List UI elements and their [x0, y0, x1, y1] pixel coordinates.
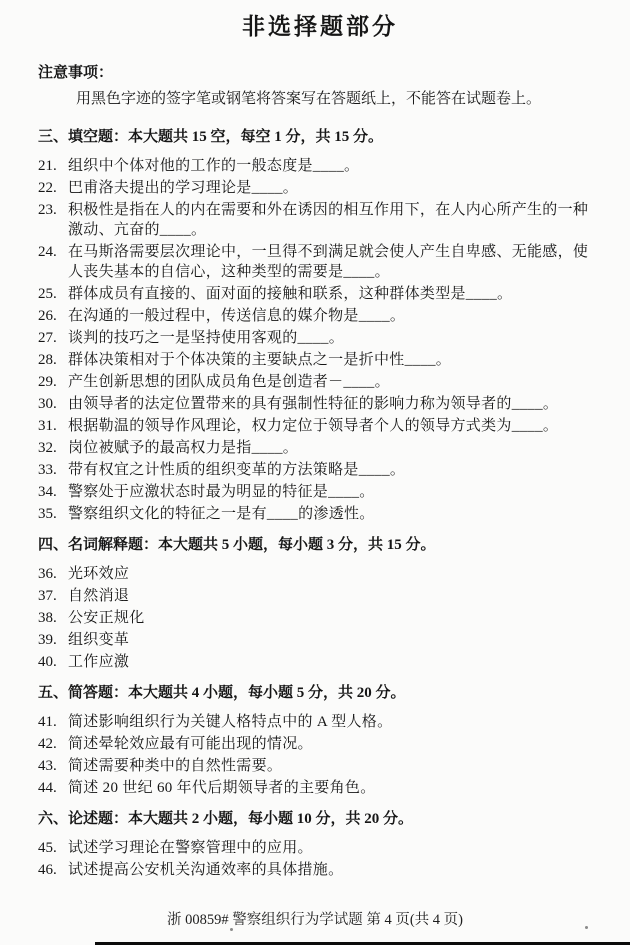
question-27: 27. 谈判的技巧之一是坚持使用客观的____。 — [38, 328, 602, 348]
question-number: 37. — [38, 586, 68, 606]
question-44: 44. 简述 20 世纪 60 年代后期领导者的主要角色。 — [38, 778, 602, 798]
question-text: 组织中个体对他的工作的一般态度是____。 — [68, 156, 602, 176]
scan-speck — [585, 926, 588, 929]
question-text: 简述影响组织行为关键人格特点中的 A 型人格。 — [68, 712, 602, 732]
question-number: 38. — [38, 608, 68, 628]
question-text: 带有权宜之计性质的组织变革的方法策略是____。 — [68, 460, 602, 480]
notice-body: 用黑色字迹的签字笔或钢笔将答案写在答题纸上，不能答在试题卷上。 — [38, 88, 602, 110]
question-text: 积极性是指在人的内在需要和外在诱因的相互作用下，在人内心所产生的一种激动、亢奋的… — [68, 200, 602, 240]
question-25: 25. 群体成员有直接的、面对面的接触和联系，这种群体类型是____。 — [38, 284, 602, 304]
question-text: 光环效应 — [68, 564, 602, 584]
question-text: 简述晕轮效应最有可能出现的情况。 — [68, 734, 602, 754]
question-number: 31. — [38, 416, 68, 436]
question-29: 29. 产生创新思想的团队成员角色是创造者－____。 — [38, 372, 602, 392]
question-21: 21. 组织中个体对他的工作的一般态度是____。 — [38, 156, 602, 176]
question-number: 23. — [38, 200, 68, 240]
question-40: 40. 工作应激 — [38, 652, 602, 672]
page-footer: 浙 00859# 警察组织行为学试题 第 4 页(共 4 页) — [0, 908, 630, 929]
question-43: 43. 简述需要种类中的自然性需要。 — [38, 756, 602, 776]
question-39: 39. 组织变革 — [38, 630, 602, 650]
question-33: 33. 带有权宜之计性质的组织变革的方法策略是____。 — [38, 460, 602, 480]
question-46: 46. 试述提高公安机关沟通效率的具体措施。 — [38, 860, 602, 880]
question-number: 34. — [38, 482, 68, 502]
question-number: 25. — [38, 284, 68, 304]
question-text: 组织变革 — [68, 630, 602, 650]
question-text: 简述 20 世纪 60 年代后期领导者的主要角色。 — [68, 778, 602, 798]
question-number: 40. — [38, 652, 68, 672]
question-text: 试述学习理论在警察管理中的应用。 — [68, 838, 602, 858]
question-number: 24. — [38, 242, 68, 282]
question-31: 31. 根据勒温的领导作风理论，权力定位于领导者个人的领导方式类为____。 — [38, 416, 602, 436]
question-number: 29. — [38, 372, 68, 392]
question-26: 26. 在沟通的一般过程中，传送信息的媒介物是____。 — [38, 306, 602, 326]
question-text: 公安正规化 — [68, 608, 602, 628]
question-23: 23. 积极性是指在人的内在需要和外在诱因的相互作用下，在人内心所产生的一种激动… — [38, 200, 602, 240]
question-number: 36. — [38, 564, 68, 584]
question-text: 群体成员有直接的、面对面的接触和联系，这种群体类型是____。 — [68, 284, 602, 304]
question-30: 30. 由领导者的法定位置带来的具有强制性特征的影响力称为领导者的____。 — [38, 394, 602, 414]
question-text: 试述提高公安机关沟通效率的具体措施。 — [68, 860, 602, 880]
question-number: 45. — [38, 838, 68, 858]
question-45: 45. 试述学习理论在警察管理中的应用。 — [38, 838, 602, 858]
question-number: 26. — [38, 306, 68, 326]
question-text: 工作应激 — [68, 652, 602, 672]
question-text: 由领导者的法定位置带来的具有强制性特征的影响力称为领导者的____。 — [68, 394, 602, 414]
section-heading-essay: 六、论述题：本大题共 2 小题，每小题 10 分，共 20 分。 — [38, 808, 602, 830]
question-text: 自然消退 — [68, 586, 602, 606]
question-number: 41. — [38, 712, 68, 732]
notice-heading: 注意事项： — [38, 62, 602, 84]
section-heading-short-answer: 五、简答题：本大题共 4 小题，每小题 5 分，共 20 分。 — [38, 682, 602, 704]
question-38: 38. 公安正规化 — [38, 608, 602, 628]
question-number: 42. — [38, 734, 68, 754]
question-28: 28. 群体决策相对于个体决策的主要缺点之一是折中性____。 — [38, 350, 602, 370]
question-text: 岗位被赋予的最高权力是指____。 — [68, 438, 602, 458]
section-heading-fill-blank: 三、填空题：本大题共 15 空，每空 1 分，共 15 分。 — [38, 126, 602, 148]
question-number: 30. — [38, 394, 68, 414]
question-number: 21. — [38, 156, 68, 176]
question-text: 简述需要种类中的自然性需要。 — [68, 756, 602, 776]
question-number: 27. — [38, 328, 68, 348]
question-number: 28. — [38, 350, 68, 370]
question-35: 35. 警察组织文化的特征之一是有____的渗透性。 — [38, 504, 602, 524]
question-text: 根据勒温的领导作风理论，权力定位于领导者个人的领导方式类为____。 — [68, 416, 602, 436]
question-41: 41. 简述影响组织行为关键人格特点中的 A 型人格。 — [38, 712, 602, 732]
question-text: 群体决策相对于个体决策的主要缺点之一是折中性____。 — [68, 350, 602, 370]
section-heading-term-definition: 四、名词解释题：本大题共 5 小题，每小题 3 分，共 15 分。 — [38, 534, 602, 556]
question-number: 33. — [38, 460, 68, 480]
question-42: 42. 简述晕轮效应最有可能出现的情况。 — [38, 734, 602, 754]
question-number: 44. — [38, 778, 68, 798]
question-number: 43. — [38, 756, 68, 776]
page-title: 非选择题部分 — [38, 12, 602, 42]
question-22: 22. 巴甫洛夫提出的学习理论是____。 — [38, 178, 602, 198]
scan-speck — [230, 928, 233, 931]
question-text: 警察组织文化的特征之一是有____的渗透性。 — [68, 504, 602, 524]
question-37: 37. 自然消退 — [38, 586, 602, 606]
question-text: 谈判的技巧之一是坚持使用客观的____。 — [68, 328, 602, 348]
question-number: 46. — [38, 860, 68, 880]
question-34: 34. 警察处于应激状态时最为明显的特征是____。 — [38, 482, 602, 502]
question-text: 在马斯洛需要层次理论中，一旦得不到满足就会使人产生自卑感、无能感，使人丧失基本的… — [68, 242, 602, 282]
question-number: 35. — [38, 504, 68, 524]
question-text: 产生创新思想的团队成员角色是创造者－____。 — [68, 372, 602, 392]
question-text: 警察处于应激状态时最为明显的特征是____。 — [68, 482, 602, 502]
question-number: 39. — [38, 630, 68, 650]
question-number: 32. — [38, 438, 68, 458]
question-36: 36. 光环效应 — [38, 564, 602, 584]
question-24: 24. 在马斯洛需要层次理论中，一旦得不到满足就会使人产生自卑感、无能感，使人丧… — [38, 242, 602, 282]
question-number: 22. — [38, 178, 68, 198]
question-text: 在沟通的一般过程中，传送信息的媒介物是____。 — [68, 306, 602, 326]
question-text: 巴甫洛夫提出的学习理论是____。 — [68, 178, 602, 198]
question-32: 32. 岗位被赋予的最高权力是指____。 — [38, 438, 602, 458]
exam-paper-page: 非选择题部分 注意事项： 用黑色字迹的签字笔或钢笔将答案写在答题纸上，不能答在试… — [0, 0, 630, 945]
